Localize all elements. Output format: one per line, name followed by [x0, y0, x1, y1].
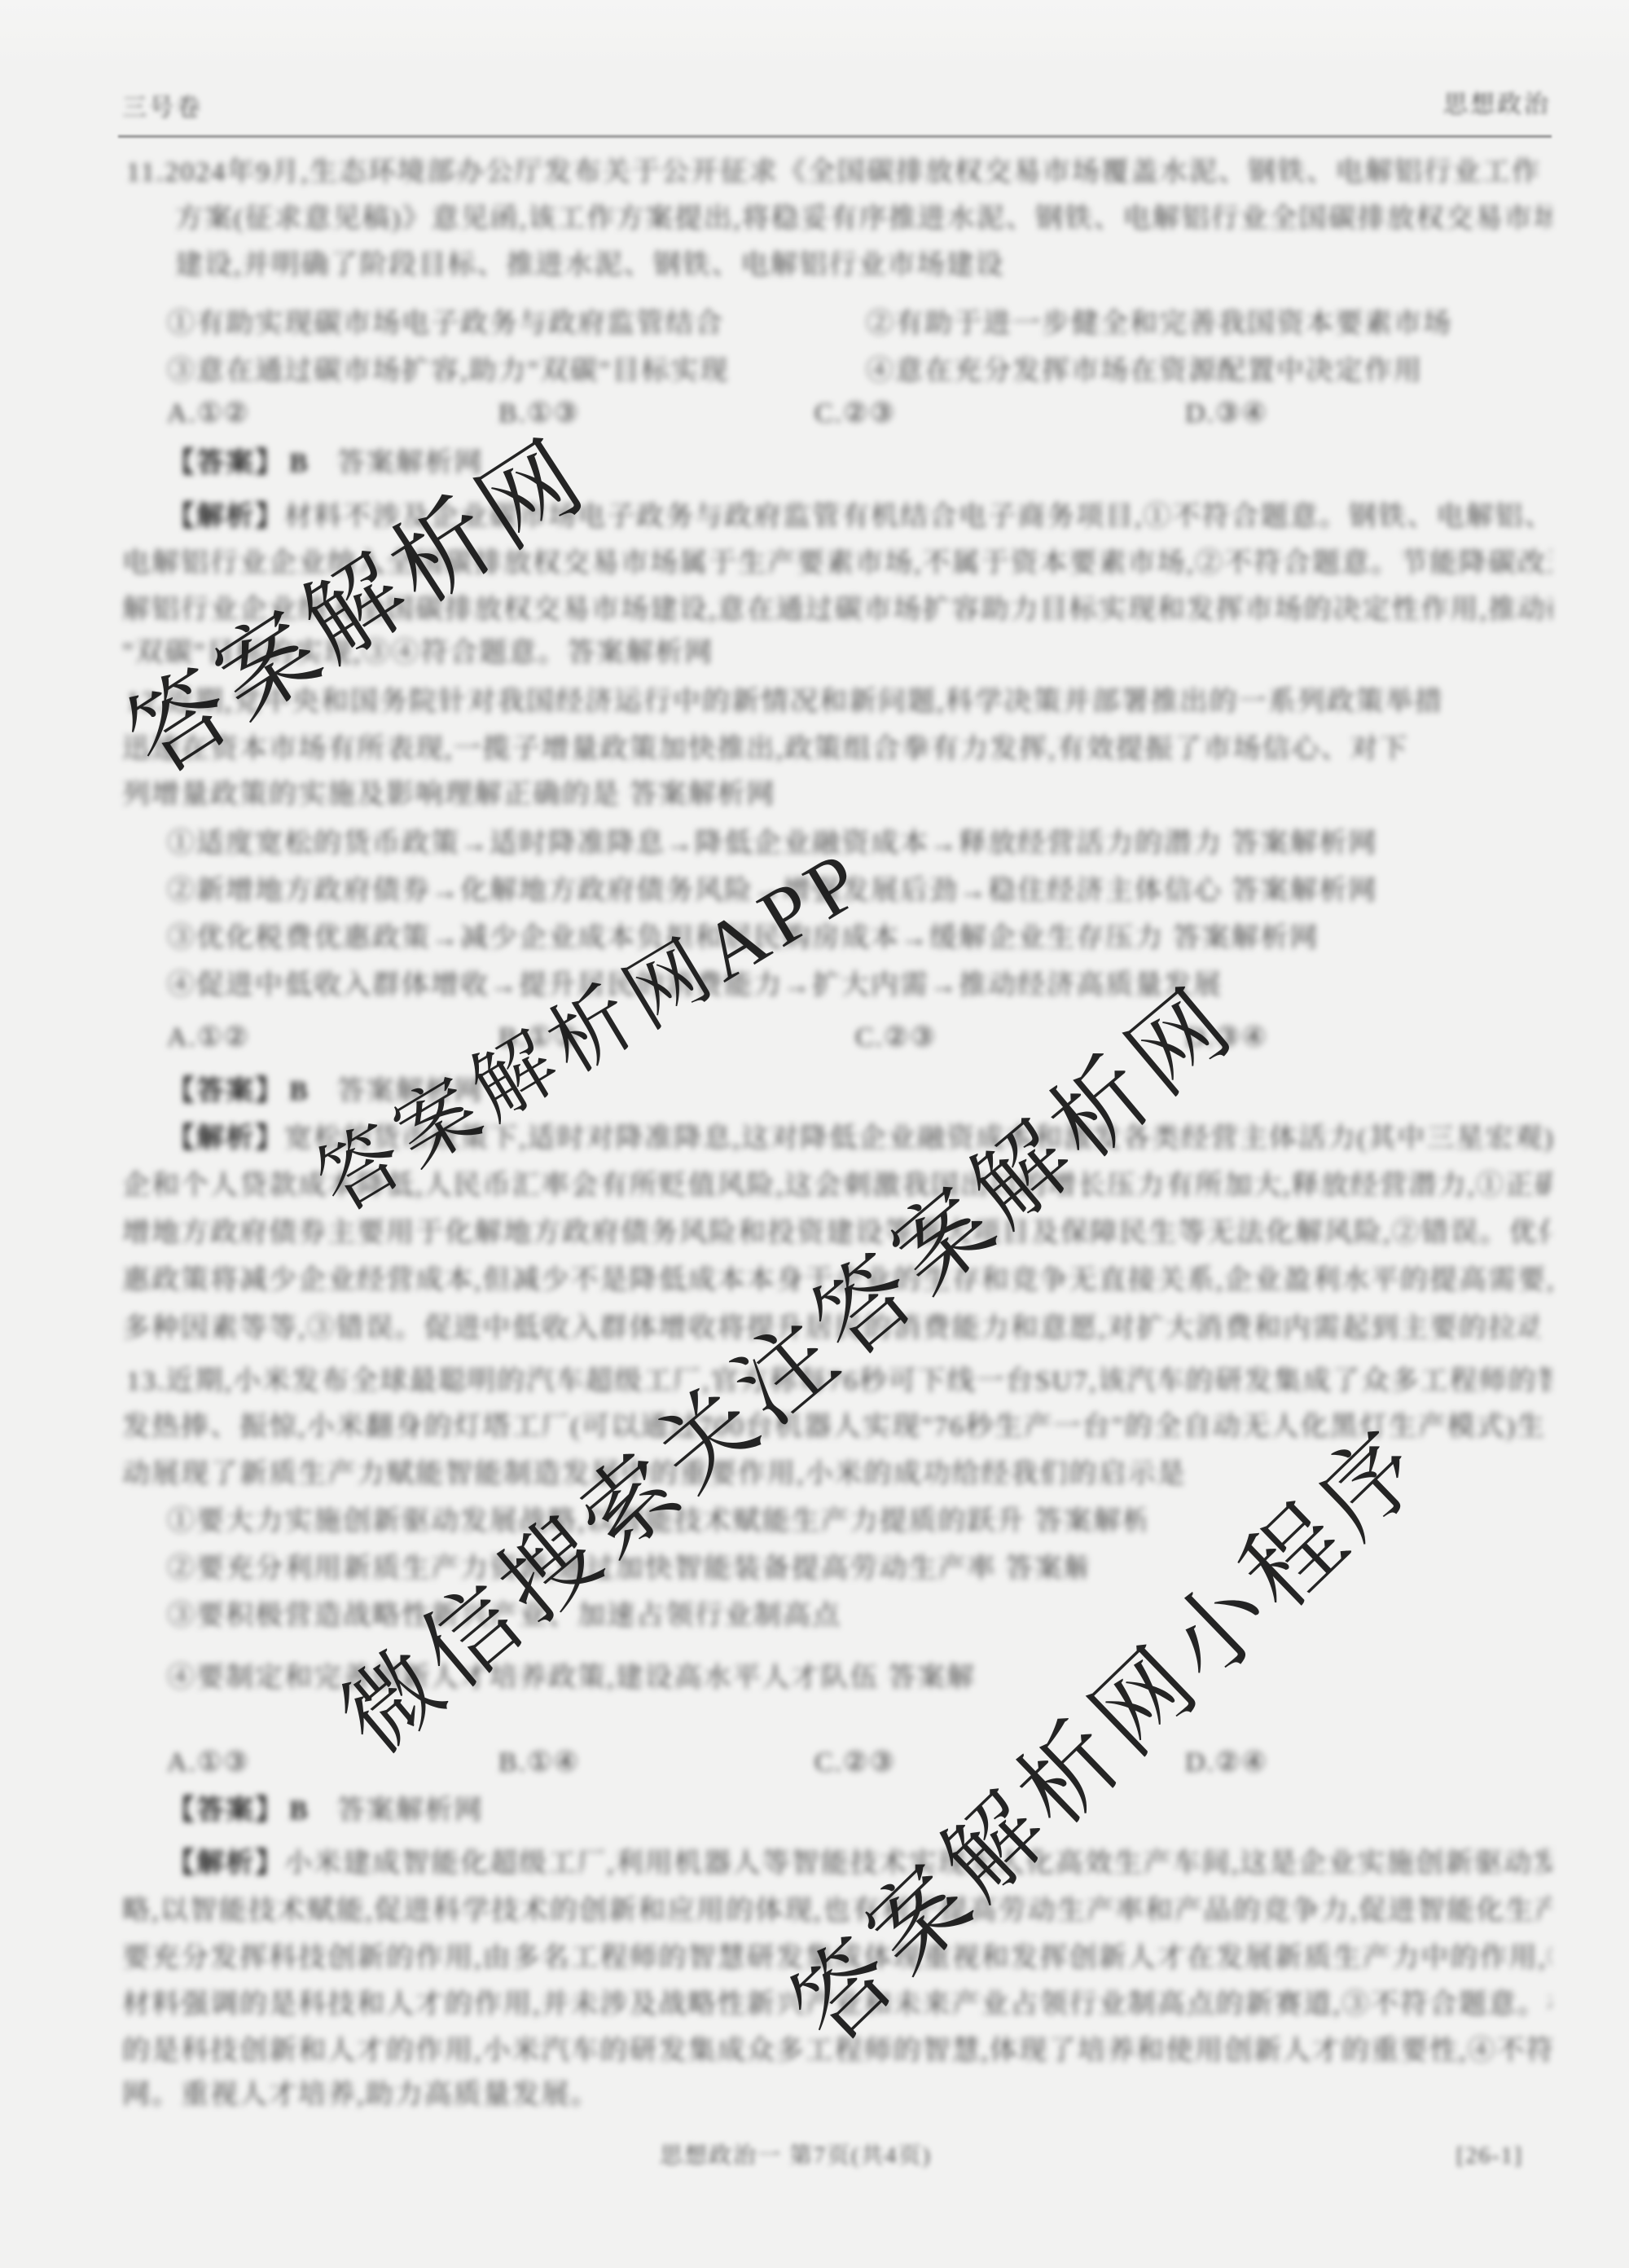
q13-answer-line: 【答案】B答案解析网: [167, 1795, 737, 1826]
q11-choice-a: A.①②: [167, 398, 250, 429]
q11-option-3: ③意在通过碳市场扩容,助力"双碳"目标实现: [167, 355, 737, 387]
q13-choice-d: D.②④: [1185, 1747, 1268, 1778]
q13-answer-value: B: [284, 1795, 310, 1826]
q11-option-1: ①有助实现碳市场电子政务与政府监管结合: [167, 308, 737, 340]
q11-analysis-label: 【解析】: [167, 502, 284, 532]
exam-answer-page: 三号卷 思想政治 11.2024年9月,生态环境部办公厅发布关于公开征求《全国碳…: [0, 0, 1629, 2268]
q11-choice-c: C.②③: [814, 398, 896, 429]
q12-stem-line: 迅速在资本市场有所表现,一揽子增量政策加快推出,政策组合拳有力发挥,有效提振了市…: [122, 733, 1552, 765]
q12-stem-line: 列增量政策的实施及影响理解正确的是 答案解析网: [122, 779, 855, 811]
q12-choice-a: A.①②: [167, 1022, 250, 1053]
header-right-label: 思想政治: [1443, 91, 1551, 118]
header-left-label: 三号卷: [122, 94, 203, 121]
q11-stem-line: 方案(征求意见稿)》意见函,该工作方案提出,将稳妥有序推进水泥、钢铁、电解铝行业…: [175, 203, 1552, 235]
q12-answer-value: B: [284, 1076, 310, 1106]
q11-option-2: ②有助于进一步健全和完善我国资本要素市场: [866, 308, 1452, 340]
footer-page-label: 思想政治一 第7页(共4页): [660, 2144, 932, 2169]
q11-option-4: ④意在充分发挥市场在资源配置中决定作用: [866, 355, 1436, 387]
q11-stem-line: 11.2024年9月,生态环境部办公厅发布关于公开征求《全国碳排放权交易市场覆盖…: [126, 156, 1552, 188]
q13-answer-note: 答案解析网: [310, 1795, 484, 1826]
q11-choice-d: D.③④: [1185, 398, 1268, 429]
q13-analysis-label: 【解析】: [167, 1848, 284, 1879]
footer-code-label: [26-1]: [1456, 2144, 1523, 2169]
q13-analysis-line: 网。重视人才培养,助力高质量发展。: [122, 2079, 676, 2111]
q11-answer-label: 【答案】: [167, 448, 284, 478]
q13-option-4: ④要制定和完善创新人才培养政策,建设高水平人才队伍 答案解析网: [167, 1662, 973, 1694]
q13-choice-c: C.②③: [814, 1747, 896, 1778]
q11-stem-line: 建设,并明确了阶段目标、推进水泥、钢铁、电解铝行业市场建设: [175, 249, 1071, 281]
q11-answer-value: B: [284, 448, 310, 478]
header-rule: [118, 135, 1552, 138]
q12-answer-label: 【答案】: [167, 1076, 284, 1106]
q13-answer-label: 【答案】: [167, 1795, 284, 1826]
q13-choice-a: A.①③: [167, 1747, 250, 1778]
q12-analysis-label: 【解析】: [167, 1123, 284, 1154]
q12-choice-c: C.②③: [855, 1022, 937, 1053]
q13-choice-b: B.①④: [498, 1747, 580, 1778]
